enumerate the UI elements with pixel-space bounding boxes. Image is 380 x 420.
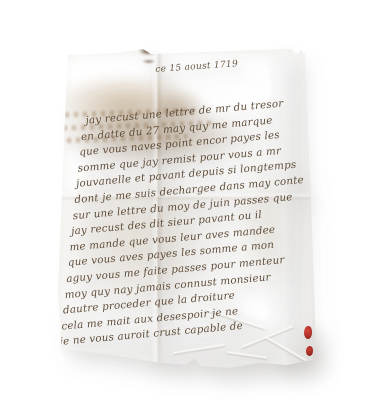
- date-line: ce 15 aoust 1719: [155, 59, 238, 75]
- letter-paper-shadow: ce 15 aoust 1719 jay recust une lettre d…: [55, 46, 317, 376]
- letter-text-block: jay recust une lettre de mr du tresor en…: [83, 94, 331, 347]
- letter-paper: ce 15 aoust 1719 jay recust une lettre d…: [55, 46, 317, 376]
- photo-background: ce 15 aoust 1719 jay recust une lettre d…: [0, 0, 380, 420]
- top-edge-ink-spot: [139, 47, 157, 55]
- wax-seal-remnant: [306, 346, 313, 356]
